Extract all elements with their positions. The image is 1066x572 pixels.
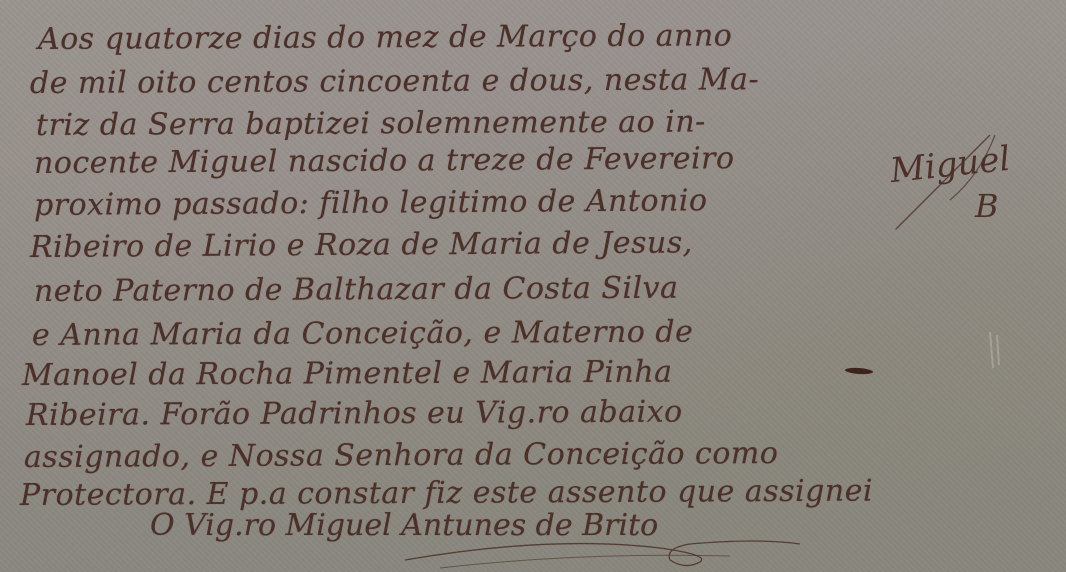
record-line-5: proximo passado: filho legitimo de Anton… xyxy=(34,183,708,223)
signature-flourish-icon xyxy=(400,530,820,572)
paper-smudge-icon xyxy=(985,330,1005,370)
margin-annotation: Miguel B xyxy=(880,125,1030,235)
record-line-10: Ribeira. Forão Padrinhos eu Vig.ro abaix… xyxy=(26,395,683,433)
document-page: Aos quatorze dias do mez de Março do ann… xyxy=(0,0,1066,572)
record-line-9: Manoel da Rocha Pimentel e Maria Pinha xyxy=(22,355,673,393)
record-line-3: triz da Serra baptizei solemnemente ao i… xyxy=(36,104,706,143)
record-line-11: assignado, e Nossa Senhora da Conceição … xyxy=(24,436,779,475)
record-line-8: e Anna Maria da Conceição, e Materno de xyxy=(32,315,694,353)
record-line-2: de mil oito centos cincoenta e dous, nes… xyxy=(30,62,759,101)
record-line-7: neto Paterno de Balthazar da Costa Silva xyxy=(34,271,679,309)
record-line-6: Ribeiro de Lirio e Roza de Maria de Jesu… xyxy=(30,225,693,265)
record-line-1: Aos quatorze dias do mez de Março do ann… xyxy=(38,18,733,57)
margin-initial: B xyxy=(975,187,999,225)
ink-blot xyxy=(845,367,873,375)
record-line-4: nocente Miguel nascido a treze de Fevere… xyxy=(34,141,735,181)
